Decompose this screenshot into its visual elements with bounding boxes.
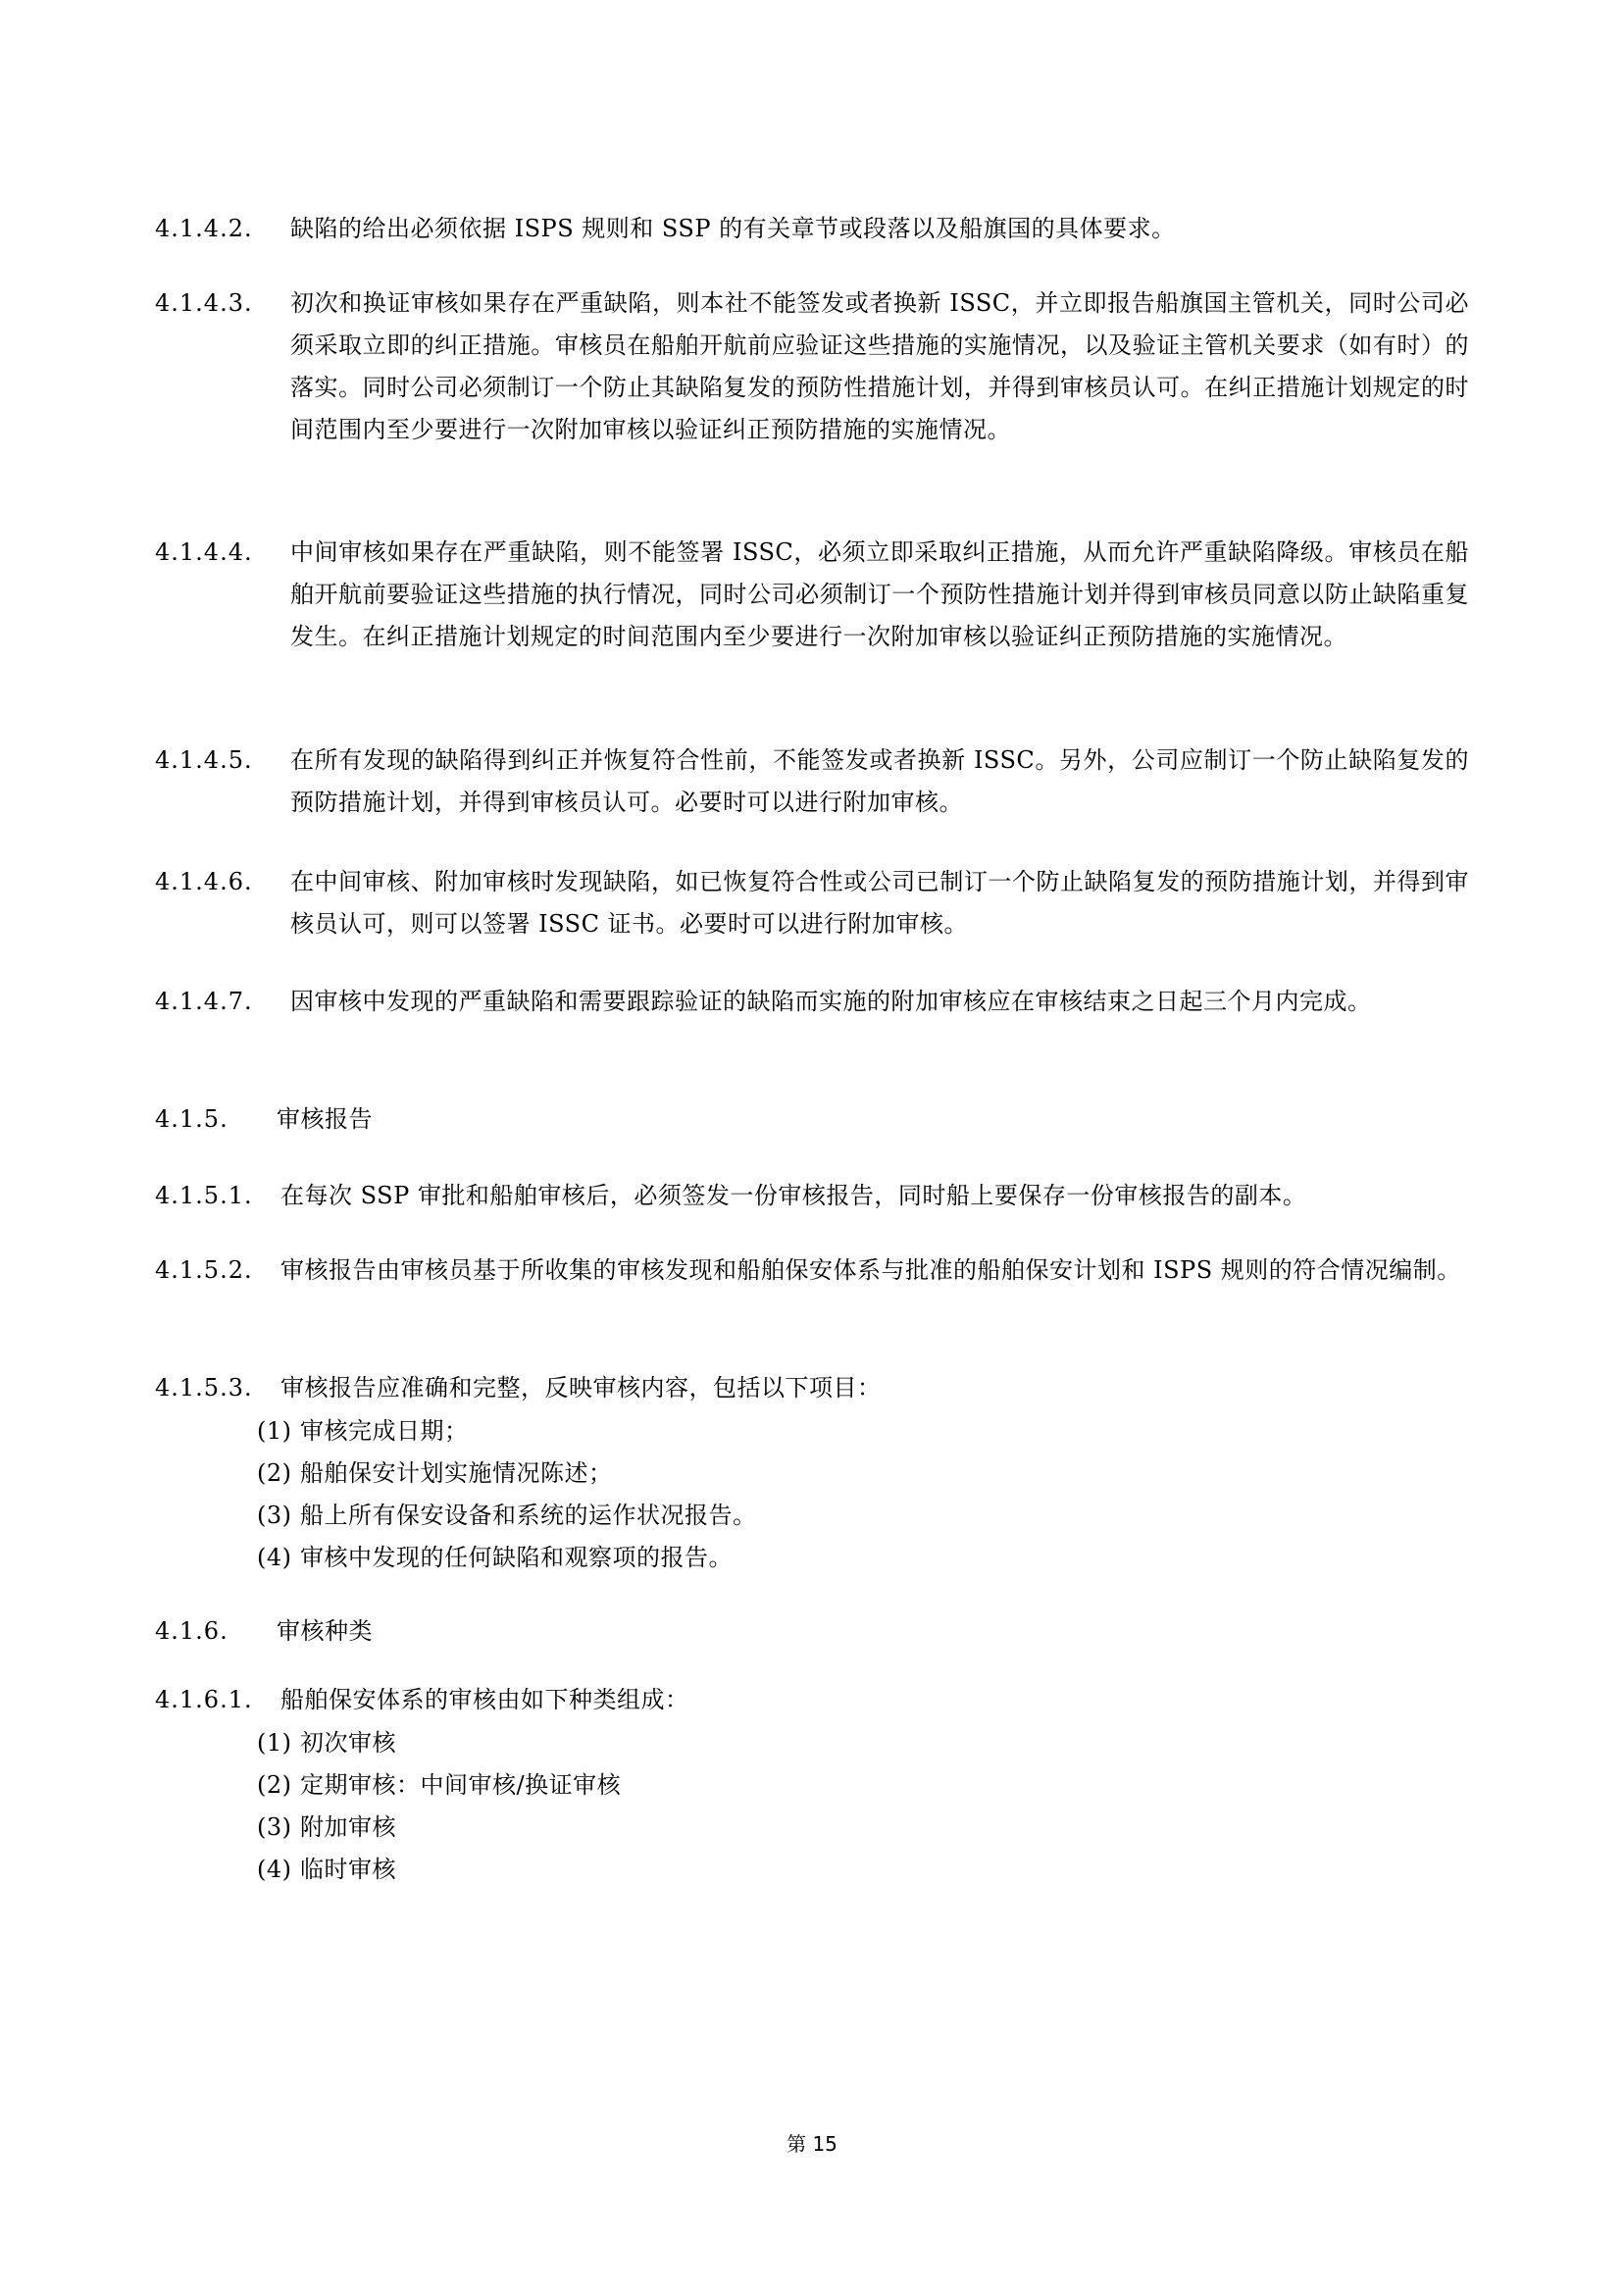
- clause-number: 4.1.5.1.: [155, 1175, 253, 1217]
- clause-number: 4.1.4.5.: [155, 739, 253, 782]
- list-text: 初次审核: [300, 1729, 396, 1757]
- clause-number: 4.1.5.3.: [155, 1367, 253, 1409]
- list-item: (3)附加审核: [257, 1807, 621, 1849]
- section-number: 4.1.5.: [155, 1098, 228, 1141]
- section-title: 审核种类: [277, 1610, 1469, 1653]
- clause-number: 4.1.6.1.: [155, 1679, 253, 1721]
- clause-number: 4.1.4.3.: [155, 282, 253, 325]
- clause-text: 审核报告应准确和完整，反映审核内容，包括以下项目：: [280, 1367, 1469, 1409]
- clause-4-1-5-1: 4.1.5.1. 在每次 SSP 审批和船舶审核后，必须签发一份审核报告，同时船…: [155, 1175, 1469, 1217]
- list-index: (4): [257, 1849, 300, 1891]
- section-heading-4-1-6: 4.1.6. 审核种类: [155, 1610, 1469, 1653]
- section-title: 审核报告: [277, 1098, 1469, 1141]
- list-text: 船上所有保安设备和系统的运作状况报告。: [300, 1502, 757, 1529]
- list-item: (4)临时审核: [257, 1849, 621, 1891]
- list-text: 审核中发现的任何缺陷和观察项的报告。: [300, 1544, 733, 1571]
- clause-4-1-6-1: 4.1.6.1. 船舶保安体系的审核由如下种类组成：: [155, 1679, 1469, 1721]
- clause-number: 4.1.4.2.: [155, 208, 253, 250]
- clause-text: 在所有发现的缺陷得到纠正并恢复符合性前，不能签发或者换新 ISSC。另外，公司应…: [290, 739, 1469, 824]
- clause-4-1-4-5: 4.1.4.5. 在所有发现的缺陷得到纠正并恢复符合性前，不能签发或者换新 IS…: [155, 739, 1469, 824]
- clause-4-1-4-6: 4.1.4.6. 在中间审核、附加审核时发现缺陷，如已恢复符合性或公司已制订一个…: [155, 861, 1469, 945]
- list-text: 临时审核: [300, 1856, 396, 1883]
- list-item: (1)初次审核: [257, 1722, 621, 1764]
- clause-number: 4.1.4.6.: [155, 861, 253, 903]
- list-item: (3)船上所有保安设备和系统的运作状况报告。: [257, 1495, 757, 1537]
- list-item: (2)定期审核：中间审核/换证审核: [257, 1764, 621, 1807]
- clause-text: 在每次 SSP 审批和船舶审核后，必须签发一份审核报告，同时船上要保存一份审核报…: [280, 1175, 1469, 1217]
- audit-types-list: (1)初次审核 (2)定期审核：中间审核/换证审核 (3)附加审核 (4)临时审…: [257, 1722, 621, 1891]
- clause-number: 4.1.4.4.: [155, 532, 253, 574]
- section-heading-4-1-5: 4.1.5. 审核报告: [155, 1098, 1469, 1141]
- clause-4-1-5-3: 4.1.5.3. 审核报告应准确和完整，反映审核内容，包括以下项目：: [155, 1367, 1469, 1409]
- list-text: 审核完成日期；: [300, 1417, 469, 1445]
- clause-text: 中间审核如果存在严重缺陷，则不能签署 ISSC，必须立即采取纠正措施，从而允许严…: [290, 532, 1469, 658]
- clause-text: 船舶保安体系的审核由如下种类组成：: [280, 1679, 1469, 1721]
- clause-number: 4.1.5.2.: [155, 1249, 253, 1292]
- clause-4-1-4-7: 4.1.4.7. 因审核中发现的严重缺陷和需要跟踪验证的缺陷而实施的附加审核应在…: [155, 981, 1469, 1023]
- list-text: 附加审核: [300, 1813, 396, 1841]
- clause-4-1-4-2: 4.1.4.2. 缺陷的给出必须依据 ISPS 规则和 SSP 的有关章节或段落…: [155, 208, 1469, 250]
- list-index: (1): [257, 1722, 300, 1764]
- clause-text: 因审核中发现的严重缺陷和需要跟踪验证的缺陷而实施的附加审核应在审核结束之日起三个…: [290, 981, 1469, 1023]
- clause-text: 审核报告由审核员基于所收集的审核发现和船舶保安体系与批准的船舶保安计划和 ISP…: [280, 1249, 1469, 1292]
- list-text: 船舶保安计划实施情况陈述；: [300, 1459, 613, 1487]
- list-text: 定期审核：中间审核/换证审核: [300, 1771, 621, 1799]
- clause-4-1-4-4: 4.1.4.4. 中间审核如果存在严重缺陷，则不能签署 ISSC，必须立即采取纠…: [155, 532, 1469, 658]
- list-item: (4)审核中发现的任何缺陷和观察项的报告。: [257, 1537, 757, 1579]
- page-number: 第 15: [0, 2128, 1624, 2157]
- document-page: 4.1.4.2. 缺陷的给出必须依据 ISPS 规则和 SSP 的有关章节或段落…: [0, 0, 1624, 2294]
- list-index: (2): [257, 1453, 300, 1495]
- list-index: (3): [257, 1807, 300, 1849]
- list-item: (2)船舶保安计划实施情况陈述；: [257, 1453, 757, 1495]
- clause-text: 缺陷的给出必须依据 ISPS 规则和 SSP 的有关章节或段落以及船旗国的具体要…: [290, 208, 1469, 250]
- list-index: (1): [257, 1410, 300, 1453]
- section-number: 4.1.6.: [155, 1610, 228, 1653]
- clause-text: 初次和换证审核如果存在严重缺陷，则本社不能签发或者换新 ISSC，并立即报告船旗…: [290, 282, 1469, 451]
- report-items-list: (1)审核完成日期； (2)船舶保安计划实施情况陈述； (3)船上所有保安设备和…: [257, 1410, 757, 1579]
- list-index: (3): [257, 1495, 300, 1537]
- clause-4-1-5-2: 4.1.5.2. 审核报告由审核员基于所收集的审核发现和船舶保安体系与批准的船舶…: [155, 1249, 1469, 1292]
- clause-4-1-4-3: 4.1.4.3. 初次和换证审核如果存在严重缺陷，则本社不能签发或者换新 ISS…: [155, 282, 1469, 451]
- list-item: (1)审核完成日期；: [257, 1410, 757, 1453]
- clause-text: 在中间审核、附加审核时发现缺陷，如已恢复符合性或公司已制订一个防止缺陷复发的预防…: [290, 861, 1469, 945]
- list-index: (4): [257, 1537, 300, 1579]
- clause-number: 4.1.4.7.: [155, 981, 253, 1023]
- list-index: (2): [257, 1764, 300, 1807]
